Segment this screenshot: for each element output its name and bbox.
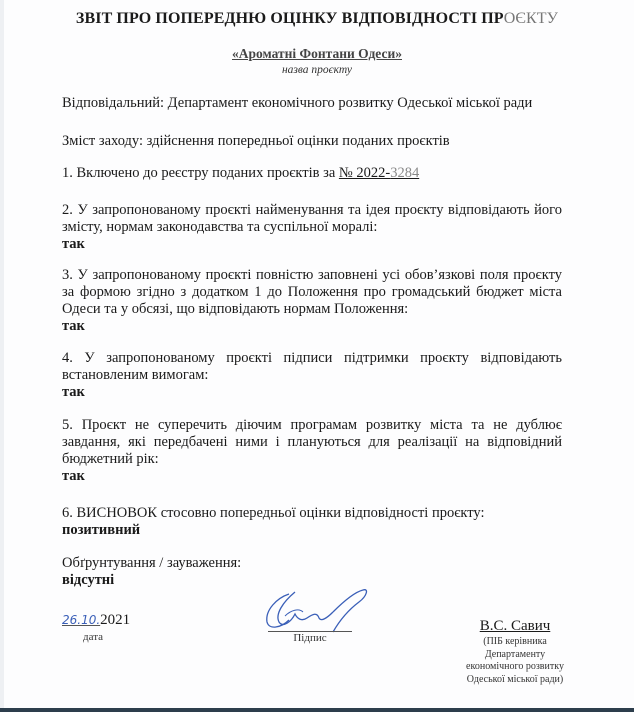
item-6-conclusion: 6. ВИСНОВОК стосовно попередньої оцінки … [62,505,562,539]
date-caption: дата [83,631,103,643]
item-5: 5. Проєкт не суперечить діючим програмам… [62,417,562,485]
item-4-answer: так [62,384,562,401]
item-3: 3. У запропонованому проєкті повністю за… [62,267,562,335]
project-name-text: «Ароматні Фонтани Одеси» [232,46,402,61]
title-faded-part: ОЄКТУ [504,10,558,27]
item-3-answer: так [62,318,562,335]
item-2-text: 2. У запропонованому проєкті найменуванн… [62,202,562,235]
item-3-text: 3. У запропонованому проєкті повністю за… [62,267,562,317]
handwritten-signature-icon [255,588,375,634]
viewer-bottom-edge [0,708,634,712]
head-caption-line: (ПІБ керівника [440,636,590,649]
item-6-text: 6. ВИСНОВОК стосовно попередньої оцінки … [62,505,485,521]
date-year: 2021 [100,612,130,628]
head-name: В.С. Савич [440,618,590,635]
registry-number: № 2022-3284 [339,165,419,181]
responsible-line: Відповідальний: Департамент економічного… [62,95,572,112]
registry-number-prefix: № 2022- [339,165,390,181]
remarks-label: Обґрунтування / зауваження: [62,555,241,571]
item-5-answer: так [62,468,562,485]
head-caption-line: Департаменту [440,649,590,662]
head-caption-line: економічного розвитку [440,661,590,674]
item-4: 4. У запропонованому проєкті підписи під… [62,350,562,401]
head-caption: (ПІБ керівника Департаменту економічного… [440,636,590,686]
registry-number-suffix: 3284 [390,165,419,181]
signature-caption: Підпис [268,632,352,644]
item-1-text: 1. Включено до реєстру поданих проєктів … [62,165,339,181]
document-title: ЗВІТ ПРО ПОПЕРЕДНЮ ОЦІНКУ ВІДПОВІДНОСТІ … [0,10,634,28]
title-main: ЗВІТ ПРО ПОПЕРЕДНЮ ОЦІНКУ ВІДПОВІДНОСТІ … [76,10,504,27]
project-name: «Ароматні Фонтани Одеси» [0,46,634,62]
remarks-value: відсутні [62,572,562,589]
head-caption-line: Одеської міської ради) [440,674,590,687]
date-handwritten: 26.10. [62,613,100,627]
date-field: 26.10.2021 [62,612,130,629]
project-name-caption: назва проєкту [0,64,634,76]
item-4-text: 4. У запропонованому проєкті підписи під… [62,350,562,383]
measure-line: Зміст заходу: здійснення попередньої оці… [62,133,572,150]
item-2-answer: так [62,236,562,253]
item-5-text: 5. Проєкт не суперечить діючим програмам… [62,417,562,467]
item-2: 2. У запропонованому проєкті найменуванн… [62,202,562,253]
remarks: Обґрунтування / зауваження: відсутні [62,555,562,589]
item-1-registry: 1. Включено до реєстру поданих проєктів … [62,165,572,182]
document-page: ЗВІТ ПРО ПОПЕРЕДНЮ ОЦІНКУ ВІДПОВІДНОСТІ … [0,0,634,708]
conclusion-answer: позитивний [62,522,562,539]
